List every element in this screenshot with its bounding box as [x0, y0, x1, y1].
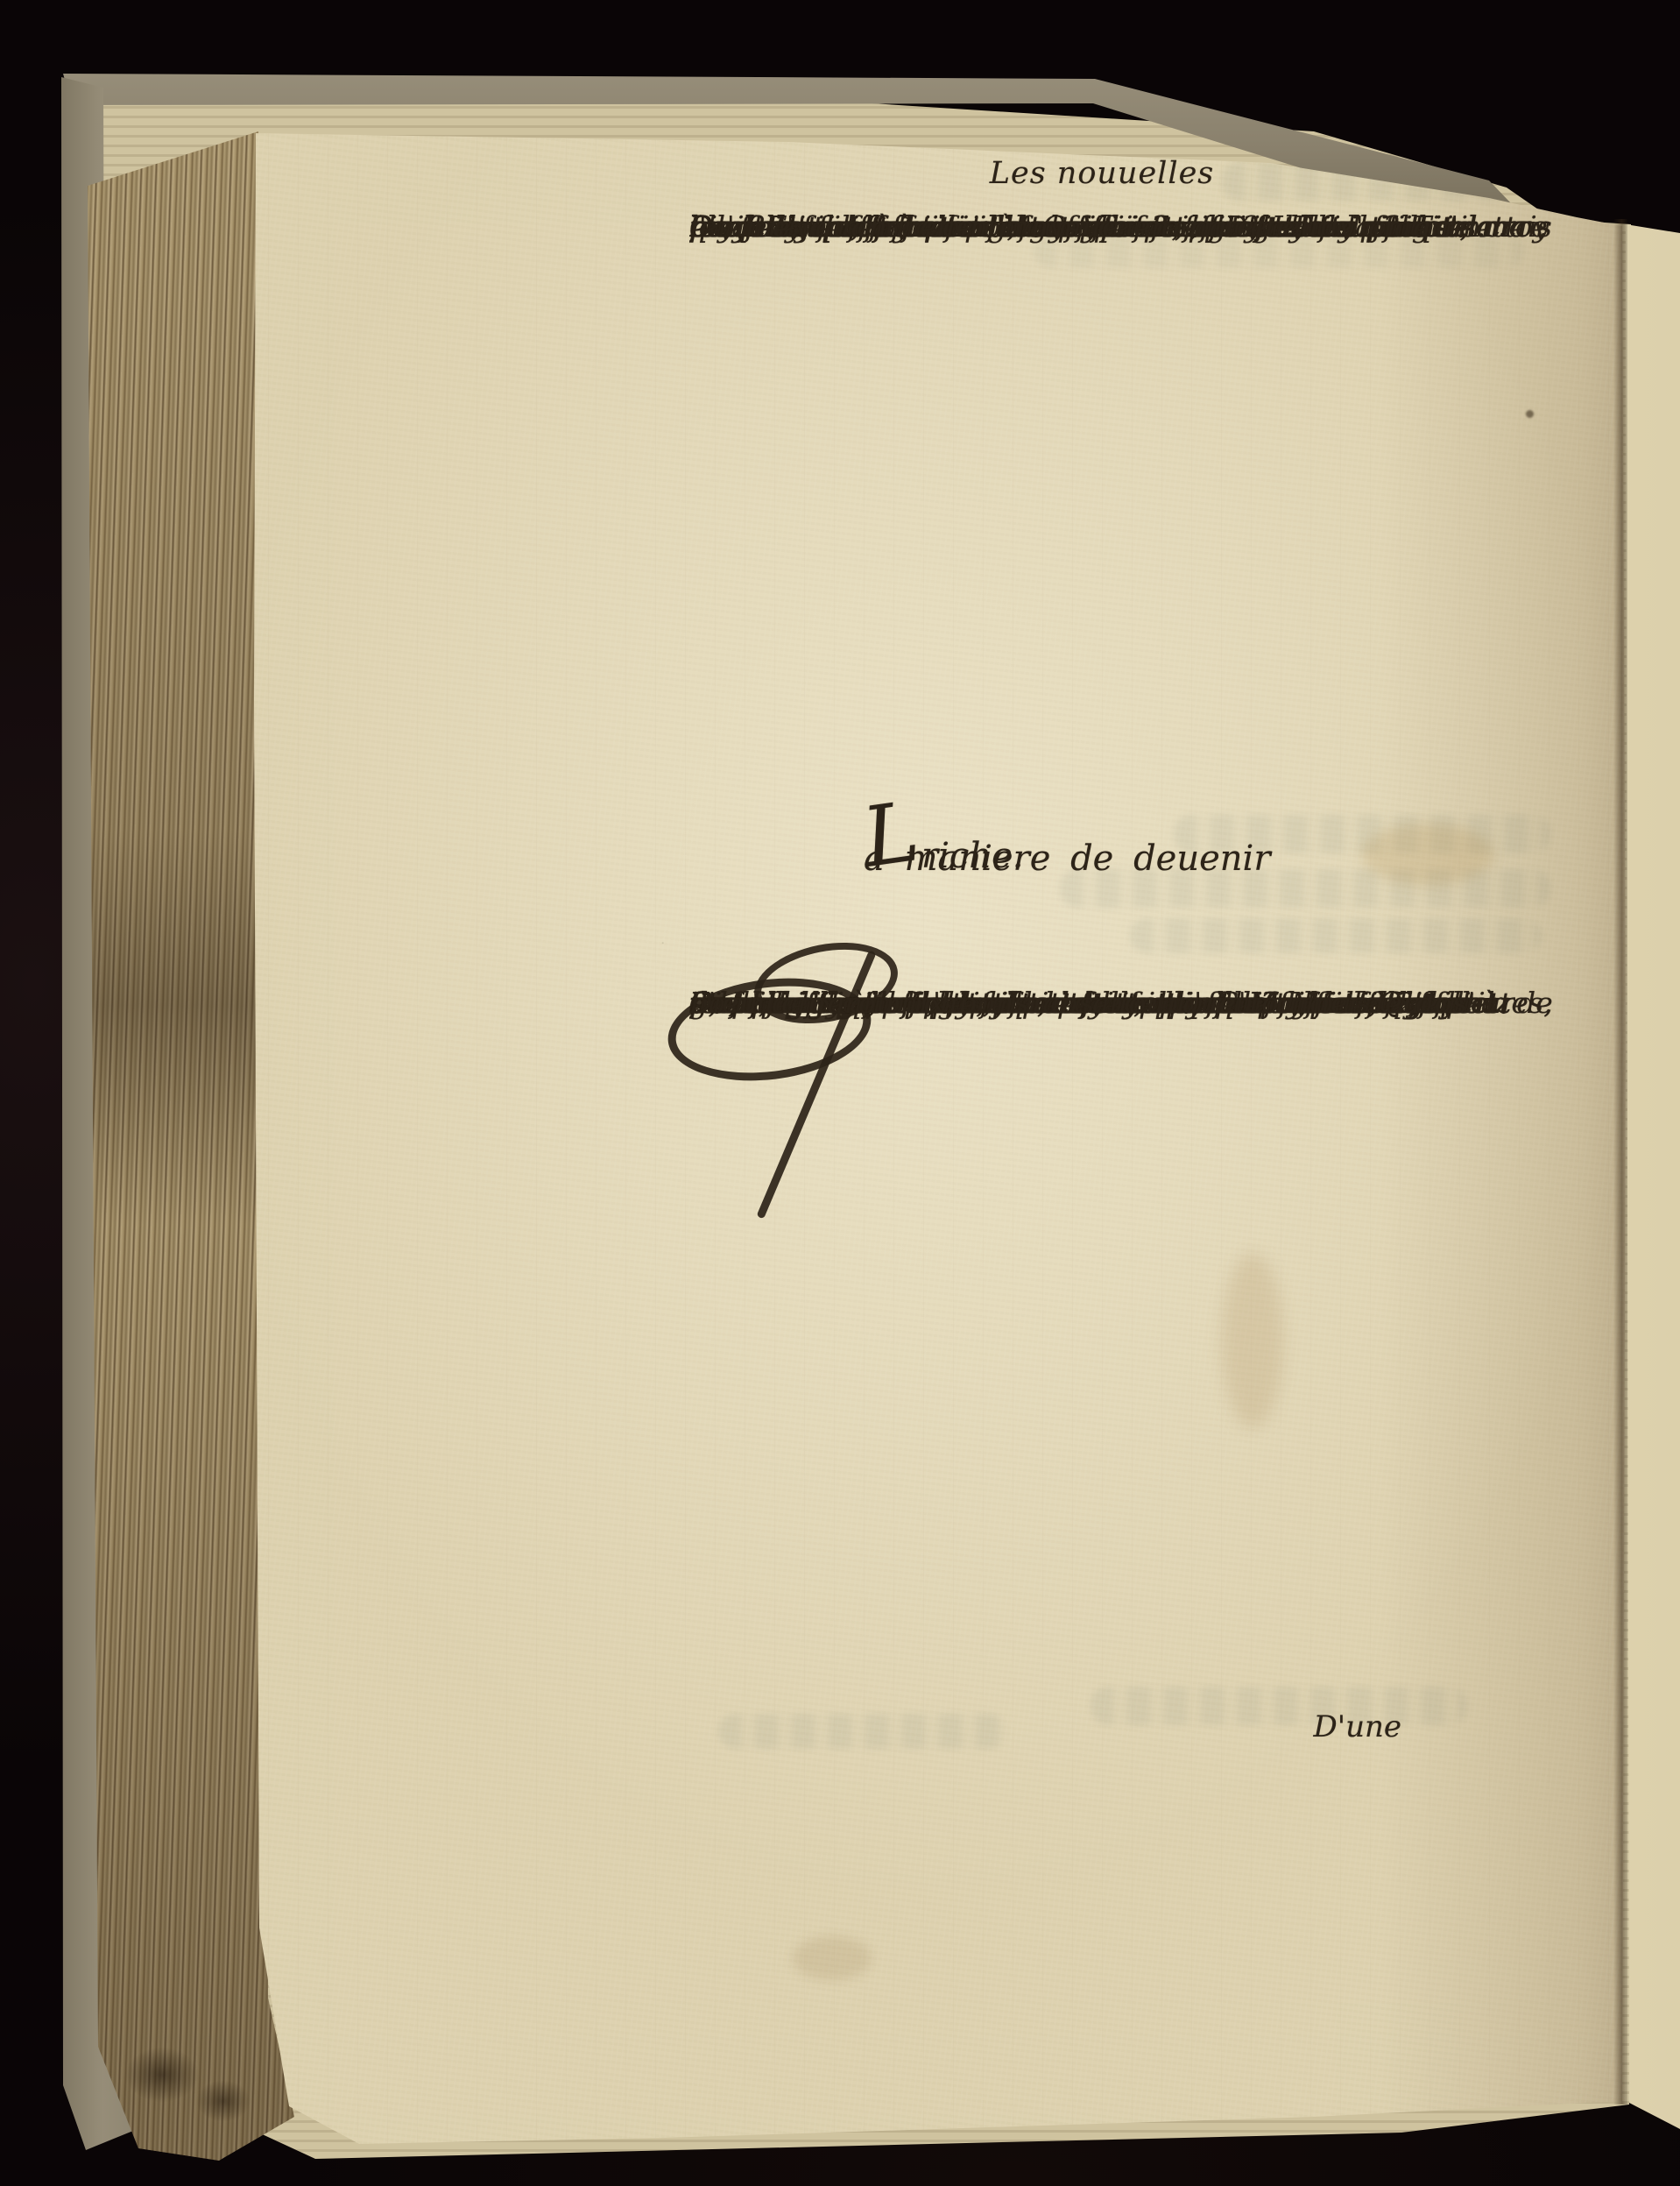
book-photograph: Les nouuelles bien de faict à vre teſte.… [0, 0, 1680, 2186]
ink-showthrough [718, 1714, 1007, 1749]
catchword: D'une [1261, 1707, 1401, 1747]
drop-cap-letter: D [662, 943, 664, 944]
story-heading-line2: riche. [921, 834, 1023, 878]
paper-fleck [1526, 410, 1534, 418]
paper-stain [793, 1936, 872, 1980]
text-line: Dieu, cinq ou ſix bons ans. [689, 981, 1104, 1025]
text-line: femme: quand elle l'ha miſe en ſa teſte. [689, 205, 1303, 249]
paper-stain [1222, 1253, 1283, 1428]
ink-showthrough [1130, 918, 1542, 953]
gutter-crease-shadow [1613, 219, 1627, 2105]
running-title: Les nouuelles [979, 154, 1225, 193]
paper-stain [1362, 824, 1493, 885]
